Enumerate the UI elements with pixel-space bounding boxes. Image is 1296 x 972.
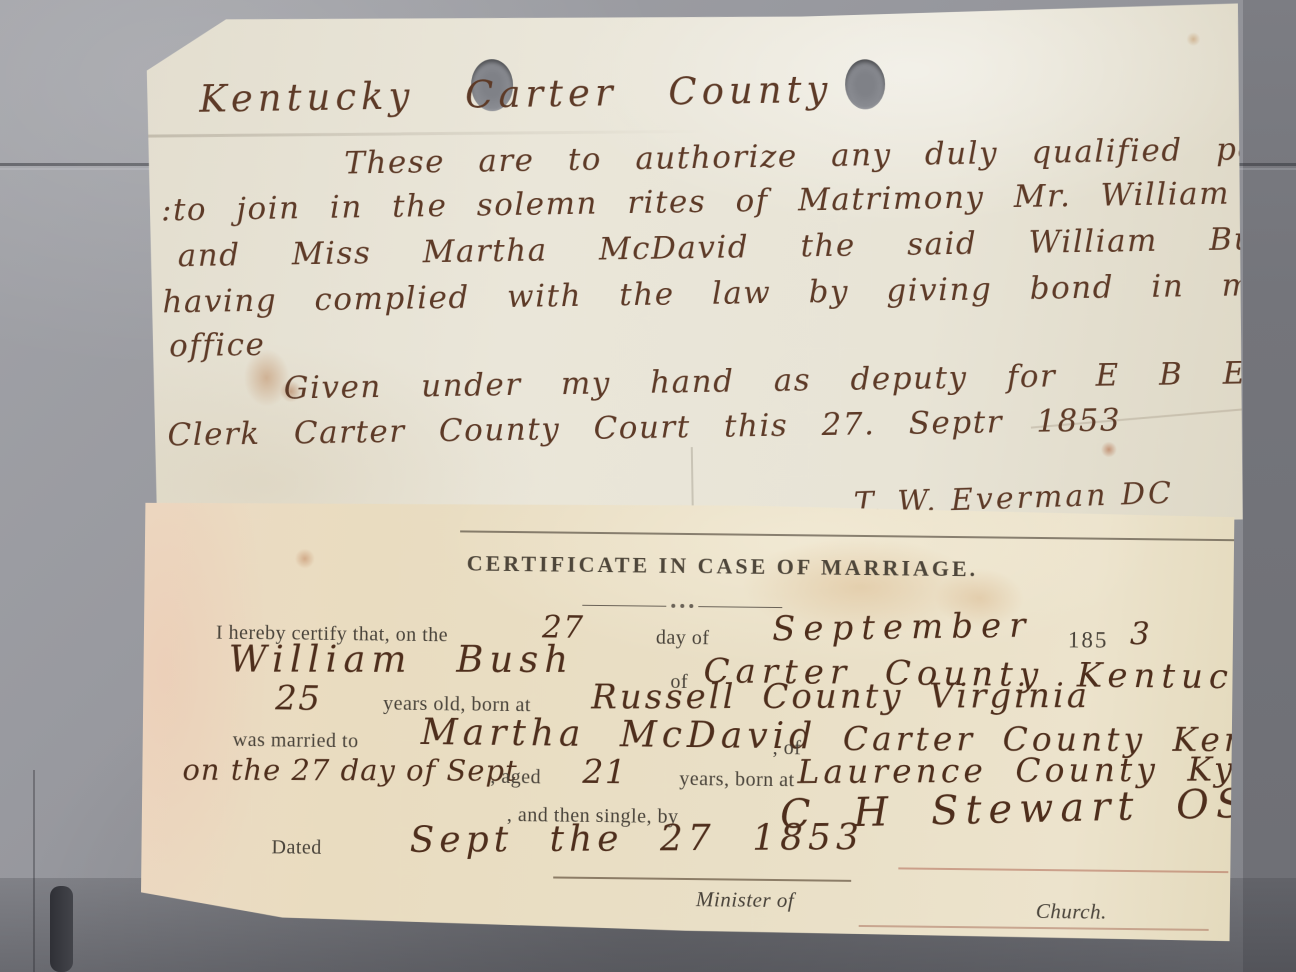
license-line: Given under my hand as deputy for E B El… [284, 354, 1296, 406]
stain [1186, 32, 1200, 46]
license-line: office [169, 327, 266, 365]
ornament-line [582, 604, 666, 606]
handwritten-year-digit: 3 [1130, 616, 1152, 652]
license-line: Clerk Carter County Court this 27. Septr… [167, 402, 1121, 453]
certificate-top-rule [460, 530, 1238, 541]
printed-label: was married to [233, 729, 359, 753]
paper-crease [148, 130, 708, 138]
ornament-dot [680, 604, 684, 608]
punch-hole [845, 59, 886, 110]
handwritten-groom-birthplace: Russell County Virginia [591, 676, 1090, 717]
stain [1101, 441, 1117, 457]
printed-label: Dated [271, 836, 322, 860]
printed-label: , aged [490, 766, 541, 790]
printed-year: 185 [1068, 627, 1109, 653]
background-dark-slot [50, 886, 73, 972]
ornament-dot [671, 604, 675, 608]
printed-rule [859, 925, 1209, 931]
marriage-license-paper: Kentucky Carter County These are to auth… [146, 3, 1246, 536]
handwritten-marriage-date: on the 27 day of Sept [182, 753, 517, 788]
license-heading: Kentucky Carter County [199, 68, 833, 121]
photograph-of-documents: Kentucky Carter County These are to auth… [0, 0, 1296, 972]
ornament-dot [689, 604, 693, 608]
handwritten-bride-name: Martha McDavid [421, 712, 818, 757]
printed-rule [553, 876, 851, 881]
license-line: These are to authorize any duly qualifie… [344, 130, 1296, 182]
certificate-paper: CERTIFICATE IN CASE OF MARRIAGE. I hereb… [141, 499, 1235, 941]
printed-label: day of [656, 627, 710, 651]
handwritten-dated: Sept the 27 1853 [410, 817, 864, 861]
handwritten-bride-age: 21 [582, 752, 627, 792]
printed-church-label: Church. [1036, 899, 1107, 925]
handwritten-groom-name: William Bush [229, 638, 575, 681]
handwritten-month: September [772, 605, 1034, 649]
printed-rule [898, 867, 1228, 873]
background-right-band [1243, 0, 1296, 972]
license-line: :to join in the solemn rites of Matrimon… [161, 174, 1296, 229]
divider-ornament [582, 603, 782, 609]
printed-minister-of-label: Minister of [696, 887, 795, 913]
ornament-line [698, 606, 782, 608]
license-line: having complied with the law by giving b… [162, 267, 1272, 320]
stain [295, 549, 315, 569]
background-vertical-seam [33, 770, 35, 972]
printed-label: years, born at [679, 768, 795, 792]
handwritten-groom-age: 25 [275, 678, 322, 719]
certificate-title: CERTIFICATE IN CASE OF MARRIAGE. [467, 550, 907, 581]
license-line: and Miss Martha McDavid the said William… [177, 221, 1294, 275]
